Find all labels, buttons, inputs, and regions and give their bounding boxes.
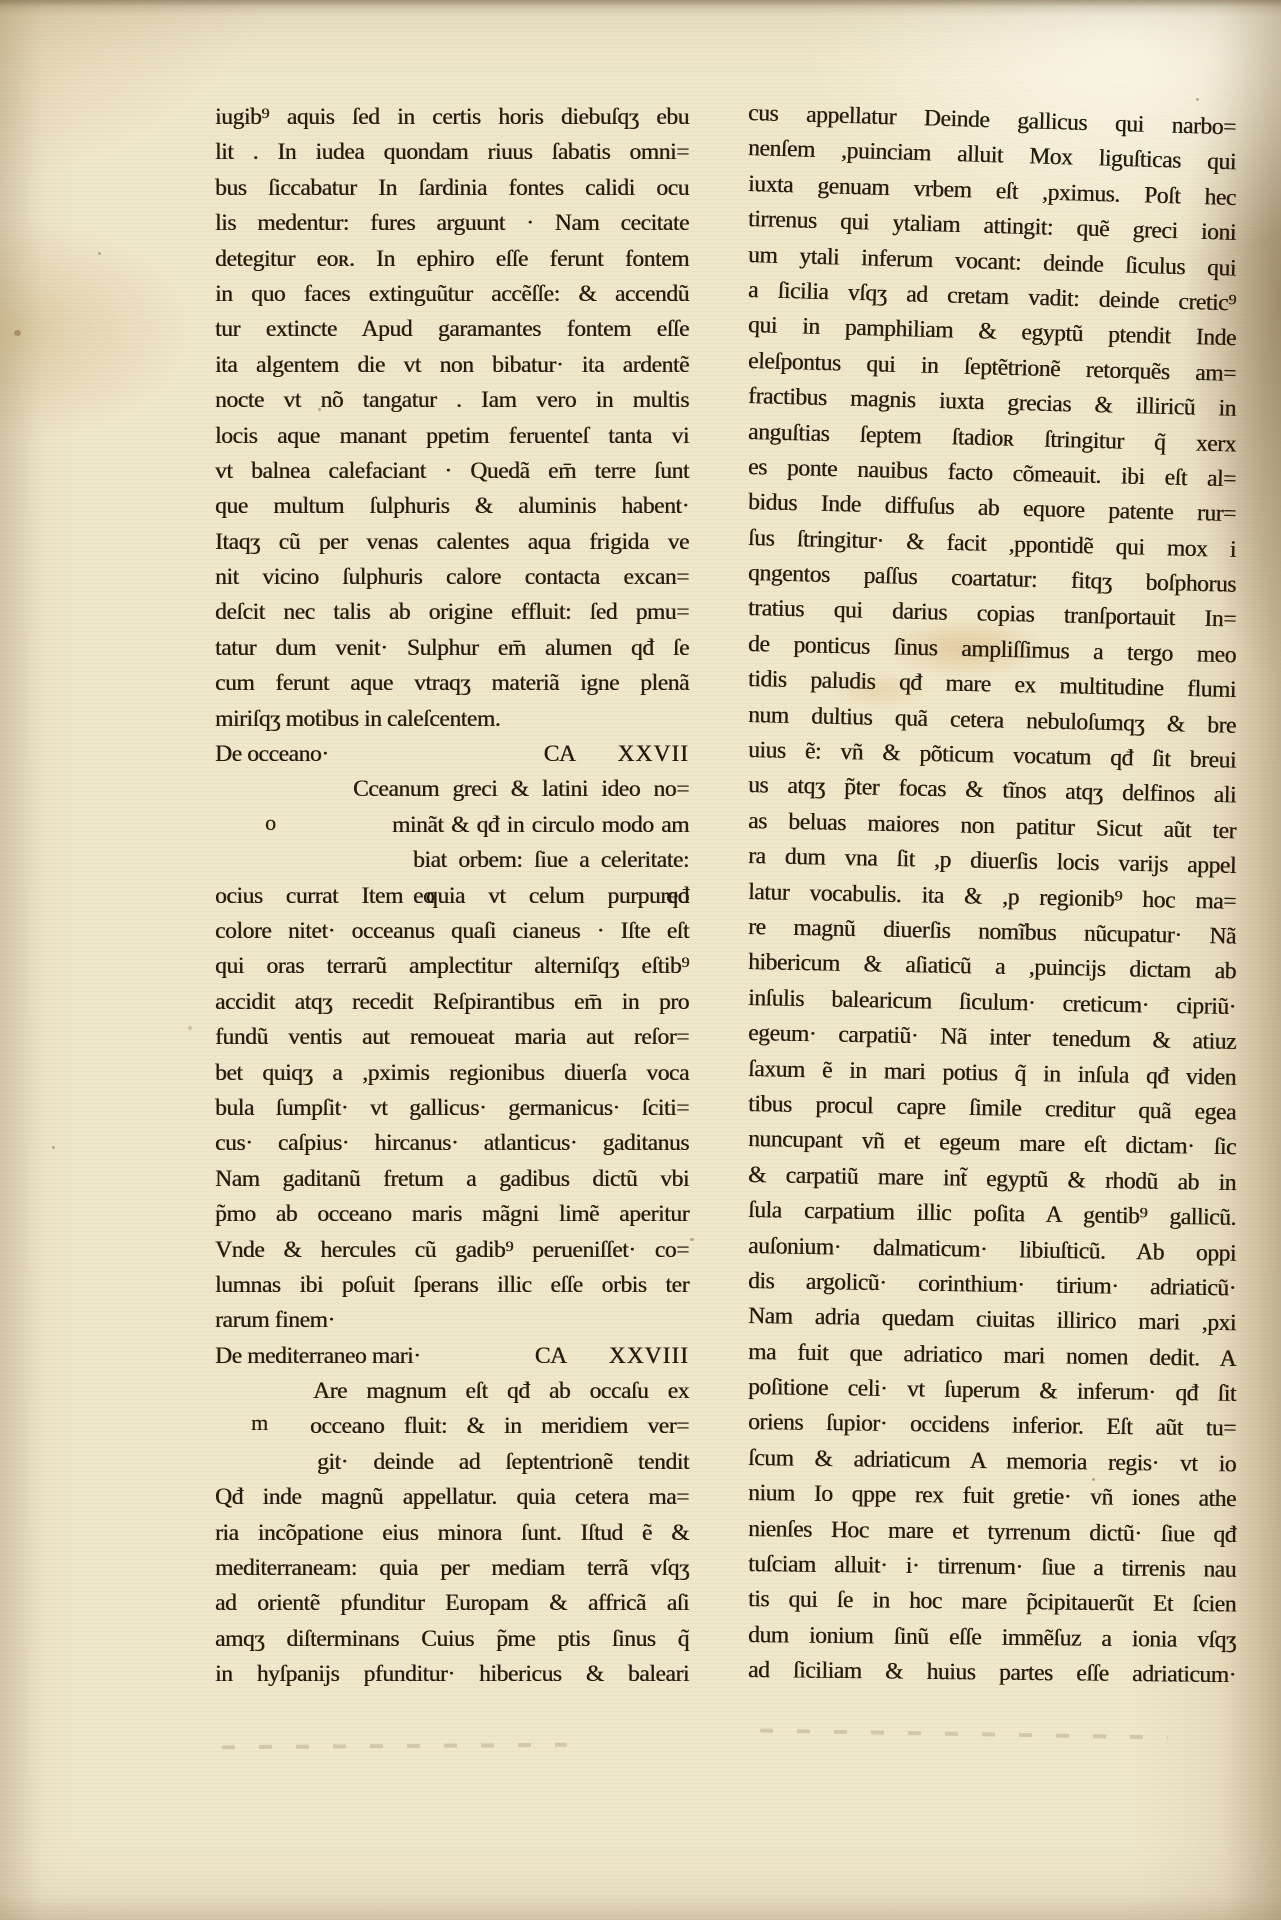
paper-speck xyxy=(188,1026,192,1030)
text-line: miriſqʒ motibus in caleſcentem. xyxy=(215,702,689,737)
text-line: rarum finem· xyxy=(215,1303,689,1338)
rubricator-guide-letter-m: m xyxy=(251,1412,268,1434)
text-line: amqʒ diſterminans Cuius p̃me ptis ſinus … xyxy=(215,1622,689,1657)
text-line: lit . In iudea quondam riuus ſabatis omn… xyxy=(215,135,689,170)
text-line: tur extincte Apud garamantes fontem eſſe xyxy=(215,312,689,347)
text-line: mediterraneam: quia per mediam terrã vſq… xyxy=(215,1551,689,1586)
text-line: ad ſiciliam & huius partes eſſe adriatic… xyxy=(748,1653,1236,1693)
chapter-number: XXVII xyxy=(617,737,689,772)
chapter-number: XXVIII xyxy=(609,1339,689,1374)
text-line: nocte vt nõ tangatur . Iam vero in multi… xyxy=(215,383,689,418)
text-line: Vnde & hercules cũ gadib⁹ perueniſſet· c… xyxy=(215,1233,689,1268)
text-line: detegitur eoʀ. In ephiro eſſe ferunt fon… xyxy=(215,242,689,277)
text-line: Cceanum greci & latini ideo no= xyxy=(215,772,689,807)
text-line: Nam gaditanũ fretum a gadibus dictũ vbi xyxy=(215,1162,689,1197)
text-line: dum ionium ſinũ eſſe immẽſuz a ionia vſq… xyxy=(748,1618,1236,1659)
text-line: deſcit nec talis ab origine effluit: ſed… xyxy=(215,595,689,630)
paper-speck xyxy=(1092,1478,1095,1481)
text-line: vt balnea calefaciant · Quedã em̄ terre … xyxy=(215,454,689,489)
text-line: occeano fluit: & in meridiem ver= xyxy=(215,1409,689,1444)
text-line: lumnas ibi poſuit ſperans illic eſſe orb… xyxy=(215,1268,689,1303)
text-line: ria incõpatione eius minora ſunt. Iſtud … xyxy=(215,1516,689,1551)
paper-speck xyxy=(14,330,21,336)
chapter-label: CA xyxy=(535,1339,567,1374)
text-line: p̃mo ab occeano maris mãgni limẽ aperitu… xyxy=(215,1197,689,1232)
text-line: in hyſpanijs pfunditur· hibericus & bale… xyxy=(215,1657,689,1692)
text-line: Qđ inde magnũ appellatur. quia cetera ma… xyxy=(215,1480,689,1515)
text-line: Itaqʒ cũ per venas calentes aqua frigida… xyxy=(215,525,689,560)
left-text-column: iugib⁹ aquis ſed in certis horis diebuſq… xyxy=(215,100,689,1693)
text-line: fundũ ventis aut remoueat maria aut reſo… xyxy=(215,1020,689,1055)
chapter-heading: De occeano·CAXXVII xyxy=(215,737,689,772)
chapter-heading: De mediterraneo mari·CAXXVIII xyxy=(215,1339,689,1374)
text-line: locis aque manant ppetim feruenteſ tanta… xyxy=(215,419,689,454)
rubricator-guide-letter-o: o xyxy=(265,812,276,834)
text-line: nienſes Hoc mare et tyrrenum dictũ· ſiue… xyxy=(748,1512,1236,1553)
text-line: bula ſumpſit· vt gallicus· germanicus· ſ… xyxy=(215,1091,689,1126)
text-line: ocius currat Item quia vt celum purpureo xyxy=(215,879,689,914)
text-line: colore nitet· occeanus quaſi cianeus · I… xyxy=(215,914,689,949)
text-line: nium Io qppe rex fuit gretie· vñ iones a… xyxy=(748,1476,1236,1518)
text-line: tis qui ſe in hoc mare p̃cipitauerũt Et … xyxy=(748,1582,1236,1623)
chapter-label: CA xyxy=(544,737,576,772)
text-line: bus ſiccabatur In ſardinia fontes calidi… xyxy=(215,171,689,206)
paper-speck xyxy=(52,1146,55,1149)
show-through-marks-left xyxy=(222,1743,567,1749)
paper-speck xyxy=(690,1238,694,1241)
text-line: minãt & qđ in circulo modo am xyxy=(215,808,689,843)
text-line: Are magnum eſt qđ ab occaſu ex xyxy=(215,1374,689,1409)
text-line: accidit atqʒ recedit Reſpirantibus em̄ i… xyxy=(215,985,689,1020)
show-through-marks-right xyxy=(760,1728,1168,1739)
book-page: iugib⁹ aquis ſed in certis horis diebuſq… xyxy=(0,0,1281,1920)
text-line: que multum ſulphuris & aluminis habent· xyxy=(215,489,689,524)
text-line: git· deinde ad ſeptentrionẽ tendit xyxy=(215,1445,689,1480)
chapter-title: De mediterraneo mari· xyxy=(215,1339,421,1374)
text-line: in quo faces extinguũtur accẽſſe: & acce… xyxy=(215,277,689,312)
text-line: ita algentem die vt non bibatur· ita ard… xyxy=(215,348,689,383)
text-line: iugib⁹ aquis ſed in certis horis diebuſq… xyxy=(215,100,689,135)
text-line: cus· caſpius· hircanus· atlanticus· gadi… xyxy=(215,1126,689,1161)
text-line: cum ferunt aque vtraqʒ materiã igne plen… xyxy=(215,666,689,701)
chapter-title: De occeano· xyxy=(215,737,329,772)
text-line: tatur dum venit· Sulphur em̄ alumen qđ ſ… xyxy=(215,631,689,666)
text-line: ad orientẽ pfunditur Europam & affricã a… xyxy=(215,1586,689,1621)
paper-speck xyxy=(98,252,101,255)
text-line: bet quiqʒ a ,pximis regionibus diuerſa v… xyxy=(215,1056,689,1091)
right-text-column: cus appellatur Deinde gallicus qui narbo… xyxy=(748,96,1236,1689)
text-line: biat orbem: ſiue a celeritate: eo qđ xyxy=(215,843,689,878)
paper-speck xyxy=(1196,98,1199,101)
text-line: lis medentur: fures arguunt · Nam cecita… xyxy=(215,206,689,241)
text-line: nit vicino ſulphuris calore contacta exc… xyxy=(215,560,689,595)
text-line: qui oras terrarũ amplectitur alterniſqʒ … xyxy=(215,949,689,984)
paper-speck xyxy=(318,408,321,411)
